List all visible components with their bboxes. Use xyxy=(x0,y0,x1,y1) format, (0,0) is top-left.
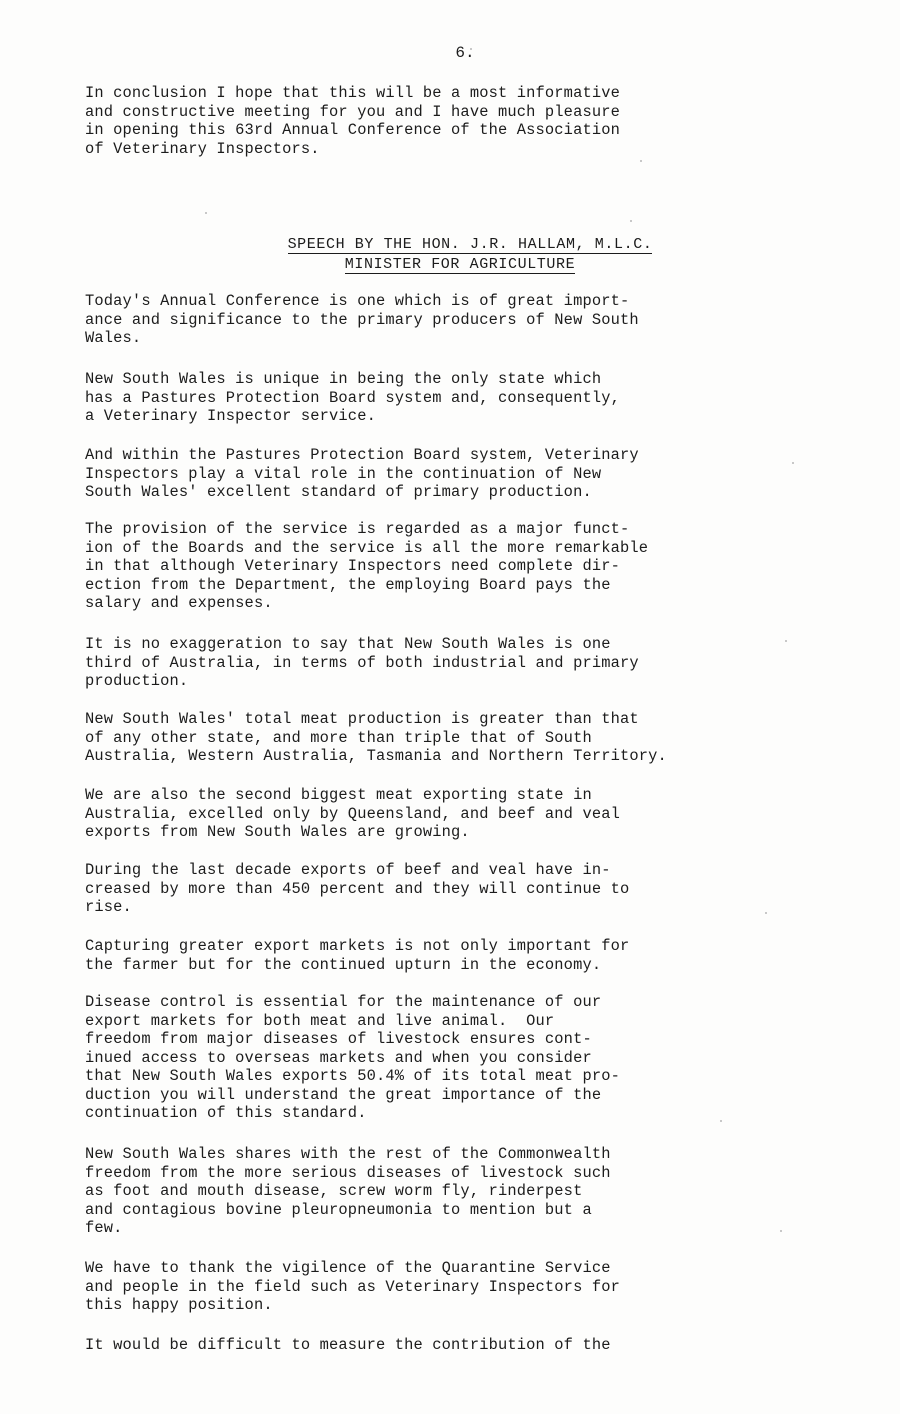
scan-speck xyxy=(630,220,632,222)
speech-heading-line1: SPEECH BY THE HON. J.R. HALLAM, M.L.C. xyxy=(0,236,900,254)
scan-speck xyxy=(720,1120,722,1122)
scan-speck xyxy=(785,640,787,642)
paragraph: The provision of the service is regarded… xyxy=(85,520,648,613)
paragraph: Capturing greater export markets is not … xyxy=(85,937,629,974)
scan-speck xyxy=(780,1230,782,1232)
paragraph: New South Wales shares with the rest of … xyxy=(85,1145,611,1238)
scan-speck xyxy=(640,160,642,162)
document-page: 6. In conclusion I hope that this will b… xyxy=(0,0,900,1414)
scan-speck xyxy=(765,912,767,914)
paragraph: We have to thank the vigilence of the Qu… xyxy=(85,1259,620,1315)
speech-heading-line2: MINISTER FOR AGRICULTURE xyxy=(0,256,900,274)
paragraph: Today's Annual Conference is one which i… xyxy=(85,292,639,348)
paragraph: New South Wales is unique in being the o… xyxy=(85,370,620,426)
scan-speck xyxy=(470,48,472,50)
paragraph: We are also the second biggest meat expo… xyxy=(85,786,620,842)
scan-speck xyxy=(792,462,794,464)
paragraph: It is no exaggeration to say that New So… xyxy=(85,635,639,691)
paragraph: New South Wales' total meat production i… xyxy=(85,710,667,766)
opening-paragraph: In conclusion I hope that this will be a… xyxy=(85,84,620,158)
page-number: 6. xyxy=(0,44,900,62)
paragraph: And within the Pastures Protection Board… xyxy=(85,446,639,502)
scan-speck xyxy=(205,212,207,214)
speech-heading-subtitle: MINISTER FOR AGRICULTURE xyxy=(345,256,575,274)
paragraph: It would be difficult to measure the con… xyxy=(85,1336,611,1355)
speech-heading-title: SPEECH BY THE HON. J.R. HALLAM, M.L.C. xyxy=(288,236,653,254)
paragraph: Disease control is essential for the mai… xyxy=(85,993,620,1123)
paragraph: During the last decade exports of beef a… xyxy=(85,861,629,917)
